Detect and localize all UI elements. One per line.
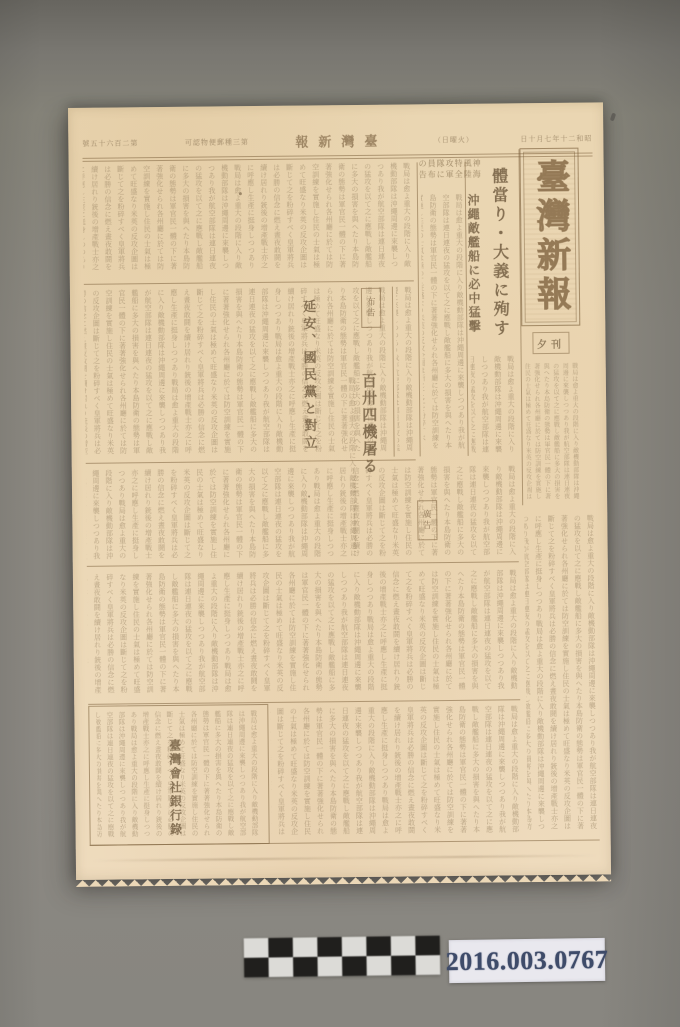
body-text-column: 戰局は愈よ重大の段階に入り敵機動部隊は沖繩周邊に來襲しつつあり我が航空部隊は連日…: [421, 194, 468, 454]
issue-number-text: 號五十六百二第: [82, 138, 138, 149]
body-text-column: 戰局は愈よ重大の段階に入り敵機動部隊は沖繩周邊に來襲しつつあり我が航空部隊は連日…: [270, 705, 521, 840]
section-label-fukoku: 布告: [361, 288, 381, 328]
photo-backdrop: 戰局は愈よ重大の段階に入り敵機動部隊は沖繩周邊に來襲しつつあり我が航空部隊は連日…: [0, 0, 680, 1027]
divider: [417, 162, 421, 456]
masthead-title: 臺灣新報: [525, 159, 576, 316]
body-text-column: 戰局は愈よ重大の段階に入り敵機動部隊は沖繩周邊に來襲しつつあり我が航空部隊は連日…: [396, 286, 416, 456]
headline-yenan-kmt: 延安、國民黨と對立: [299, 299, 320, 467]
body-text-column: 戰局は愈よ重大の段階に入り敵機動部隊は沖繩周邊に來襲しつつあり我が航空部隊は連日…: [86, 465, 519, 562]
headline-main: 體當り・大義に殉す: [487, 167, 512, 391]
catalog-number: 2016.003.0767: [446, 944, 609, 976]
section-label-koukoku-text: 廣告: [421, 509, 434, 531]
headline-air-battle: 百卅四機屠る: [358, 373, 380, 483]
section-label-koukoku: 廣告: [417, 500, 437, 540]
postal-permit-text: 可認物便郵種三第: [185, 137, 249, 148]
body-text-column: 戰局は愈よ重大の段階に入り敵機動部隊は沖繩周邊に來襲しつつあり我が航空部隊は連日…: [87, 569, 520, 696]
newspaper-page: 戰局は愈よ重大の段階に入り敵機動部隊は沖繩周邊に來襲しつつあり我が航空部隊は連日…: [68, 102, 611, 880]
body-text-column: 戰局は愈よ重大の段階に入り敵機動部隊は沖繩周邊に來襲しつつあり我が航空部隊は連日…: [524, 514, 599, 837]
advertisement-title: 臺灣會社銀行錄: [167, 739, 185, 843]
color-calibration-bar: [244, 936, 441, 978]
newspaper-content: 戰局は愈よ重大の段階に入り敵機動部隊は沖繩周邊に來襲しつつあり我が航空部隊は連日…: [68, 102, 611, 880]
divider: [84, 280, 414, 284]
newspaper-header-row: 號五十六百二第 可認物便郵種三第 報新灣臺 （日曜火） 日十月七年十二和昭: [82, 130, 592, 152]
body-text-column: 戰局は愈よ重大の段階に入り敵機動部隊は沖繩周邊に來襲しつつあり我が航空部隊は連日…: [83, 162, 414, 277]
ink-speck: [308, 495, 310, 497]
headline-sub: 沖繩敵艦船に必中猛擊: [465, 194, 484, 358]
divider: [392, 287, 395, 457]
weekday-text: （日曜火）: [434, 134, 474, 144]
masthead-box: 臺灣新報: [519, 148, 580, 327]
date-text: 日十月七年十二和昭: [520, 133, 592, 144]
paper-crease: [92, 855, 597, 862]
section-label-fukoku-text: 布告: [364, 297, 377, 319]
divider: [87, 561, 519, 567]
paper-title-header: 報新灣臺: [295, 131, 387, 151]
divider: [88, 699, 520, 705]
paper-corner-speck: [610, 113, 616, 122]
catalog-label: 2016.003.0767: [449, 938, 606, 983]
ink-speck: [239, 192, 242, 195]
edition-label-box: 夕刊: [532, 332, 569, 354]
body-text-column: 戰局は愈よ重大の段階に入り敵機動部隊は沖繩周邊に來襲しつつあり我が航空部隊は連日…: [84, 287, 390, 460]
body-text-column: 戰局は愈よ重大の段階に入り敵機動部隊は沖繩周邊に來襲しつつあり我が航空部隊は連日…: [526, 363, 579, 506]
